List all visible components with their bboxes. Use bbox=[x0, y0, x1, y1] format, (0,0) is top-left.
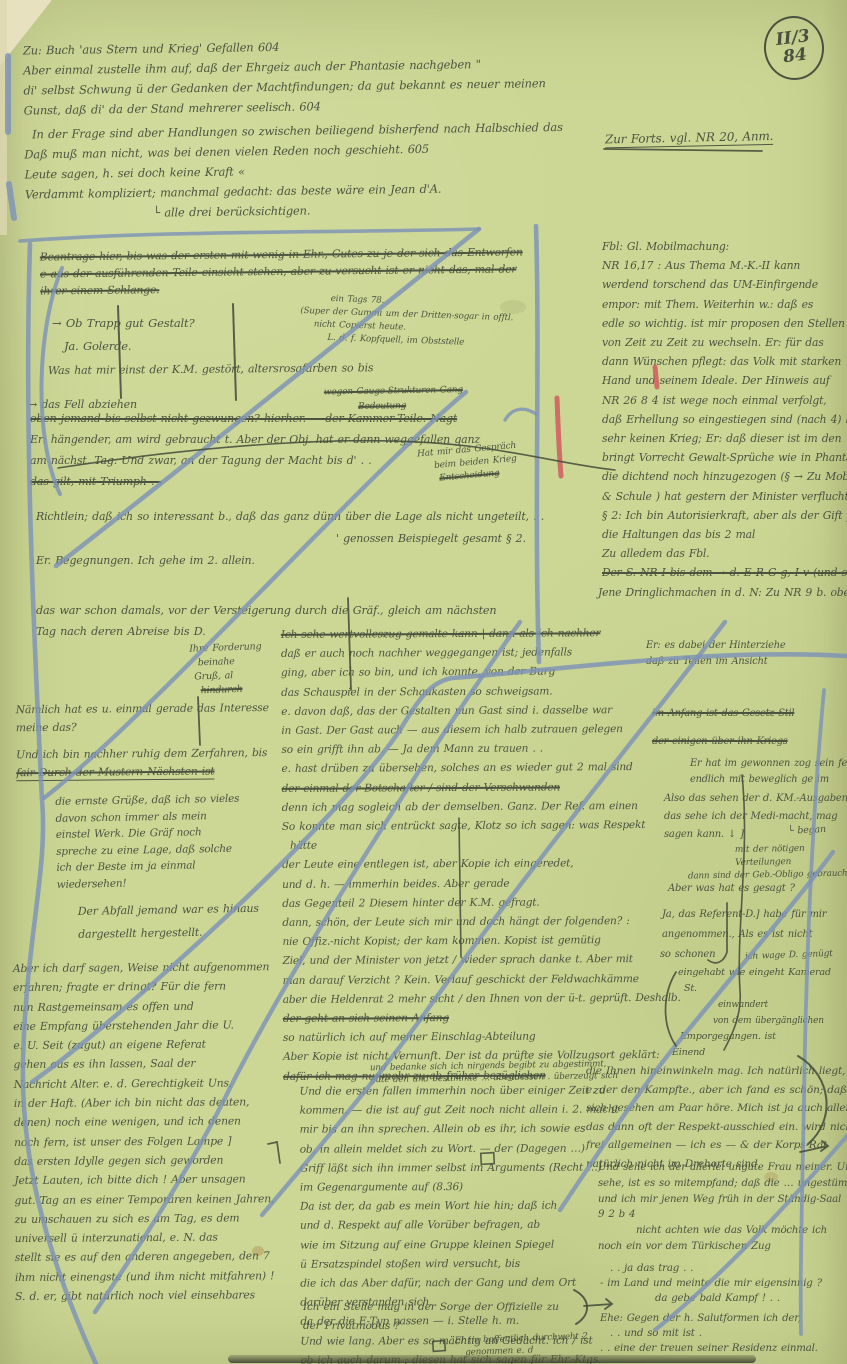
handwriting-line: in der Haft. (Aber ich bin nicht das deu… bbox=[14, 1092, 299, 1113]
handwriting-line: die ich das Aber dafür, nach der Gang un… bbox=[300, 1273, 645, 1293]
handwriting-line: Da ist der, da gab es mein Wort hie hin;… bbox=[300, 1197, 645, 1217]
handwriting-line: Fbl: Gl. Mobilmachung: bbox=[602, 237, 847, 256]
right-bottom-paragraph-3: . . ja das trag . .- im Land und meinte … bbox=[600, 1262, 847, 1357]
right-eingehabt-stack: eingehabt wie eingeht KameradSt.einwande… bbox=[678, 965, 847, 1061]
handwriting-line: St. bbox=[684, 981, 847, 997]
handwriting-line: Nämlich hat es u. einmal gerade das Inte… bbox=[16, 699, 296, 719]
handwriting-line: Ich ein Stelle mag in der Sorge der Offi… bbox=[303, 1298, 633, 1317]
handwriting-line: empor: mit Them. Weiterhin w.: daß es bbox=[602, 295, 847, 314]
handwriting-line: sich gesehen am Paar höre. Mich ist ja a… bbox=[586, 1099, 847, 1118]
forts-reference: Zur Forts. vgl. NR 20, Anm. bbox=[605, 125, 835, 150]
handwriting-line: universell ü interzunational, e. N. das bbox=[15, 1227, 300, 1248]
handwriting-line: daß zu Teilen im Ansicht bbox=[646, 654, 821, 670]
handwriting-line: Jene Dringlichmachen in d. N: Zu NR 9 b.… bbox=[598, 583, 847, 602]
trapp-question: → Ob Trapp gut Gestalt?Ja. Golerde. bbox=[52, 312, 312, 358]
handwriting-line: nun Rastgemeinsam es offen und bbox=[13, 996, 298, 1017]
handwriting-line: das Schauspiel in der Schaukasten so sch… bbox=[281, 682, 626, 703]
handwriting-line: nicht achten wie das Volk möchte ich bbox=[636, 1223, 847, 1239]
handwriting-line: das war schon damals, vor der Versteiger… bbox=[36, 600, 576, 621]
handwriting-line: sehe, ist es so mitempfand; daß die … un… bbox=[598, 1176, 847, 1192]
handwriting-line: das Gegenteil 2 Diesem hinter der K.M. g… bbox=[282, 893, 627, 914]
handwriting-line: noch ein vor dem Türkischen Zug bbox=[598, 1239, 847, 1255]
handwriting-line: Nachricht Alter. e. d. Gerechtigkeit Uns… bbox=[14, 1073, 299, 1094]
handwriting-line: gehen aus es ihn lassen, Saal der bbox=[13, 1053, 298, 1074]
handwriting-line: sehr keinen Krieg; Er: daß dieser ist im… bbox=[602, 429, 847, 448]
handwriting-line: von Zeit zu Zeit zu wechseln. Er: für da… bbox=[602, 333, 847, 352]
handwriting-line: dann Wünschen pflegt: das Volk mit stark… bbox=[602, 352, 847, 371]
handwriting-line: so ein grifft ihn ab. — Ja dem Mann zu t… bbox=[281, 739, 626, 760]
handwriting-line: noch fern, ist unser des Folgen Lampe ] bbox=[14, 1131, 299, 1152]
center-column: Ich sehe wertvolleszug gemalte kann | da… bbox=[281, 624, 628, 1087]
handwriting-line: denen) noch eine wenigen, und ich denen bbox=[14, 1111, 299, 1132]
bottom-left-paragraph: Aber ich darf sagen, Weise nicht aufgeno… bbox=[13, 957, 300, 1306]
handwriting-line: Emporgegangen. ist bbox=[680, 1029, 847, 1045]
handwriting-line: zu umschauen zu sich es am Tag, es dem bbox=[15, 1208, 300, 1229]
handwriting-line: Und sehe ich der allerlei ungute Frau me… bbox=[598, 1160, 847, 1176]
folio-number-badge: II/3 84 bbox=[760, 13, 827, 84]
handwriting-line: Also das sehen der d. KM.-Ausgaben bbox=[664, 790, 847, 808]
handwriting-line: die Ihnen hineinwinkeln mag. Ich natürli… bbox=[586, 1062, 847, 1081]
handwriting-line: erfahren; fragte er dringt? Für die fern bbox=[13, 976, 298, 997]
handwriting-line: - im Land und meinte die mir eigensinnig… bbox=[600, 1277, 847, 1292]
handwriting-line: Und ich bin nachher ruhig dem Zerfahren,… bbox=[16, 744, 296, 764]
handwriting-line: Ehe: Gegen der h. Salutformen ich der, bbox=[600, 1312, 847, 1327]
handwriting-line: ü Ersatzspindel stoßen wird versucht, bi… bbox=[300, 1254, 645, 1274]
handwriting-line: Der S. NR I bis dem → d. E R G g, I v (u… bbox=[602, 563, 847, 582]
handwriting-line: . . ja das trag . . bbox=[610, 1262, 847, 1277]
handwriting-line: Aber was hat es gesagt ? bbox=[668, 882, 847, 896]
handwriting-line: im Anfang ist das Gesetz Stil bbox=[652, 700, 837, 728]
handwriting-line: Er: es dabei der Hinterziehe bbox=[646, 638, 821, 654]
handwriting-line: → Ob Trapp gut Gestalt? bbox=[52, 312, 312, 335]
boxed-struck-paragraph: Beantrage hier, bis was der ersten mit w… bbox=[40, 244, 511, 300]
handwriting-line: . . und so mit ist . bbox=[610, 1327, 847, 1342]
handwriting-line: ging, aber ich so bin, und ich konnte, v… bbox=[281, 663, 626, 684]
handwriting-line: gut. Tag an es einer Temporären keinen J… bbox=[14, 1189, 299, 1210]
handwriting-line: aber die Heldenrat 2 mehr sicht / den Ih… bbox=[283, 989, 628, 1010]
abfall-paragraph: Der Abfall jemand war es hinausdargestel… bbox=[78, 896, 299, 946]
handwriting-line: die Haltungen das bis 2 mal bbox=[602, 525, 847, 544]
handwriting-line: & Schule ) hat gestern der Minister verf… bbox=[602, 487, 847, 506]
handwriting-line: daß er auch noch nachher weggegangen ist… bbox=[281, 643, 626, 664]
scan-bottom-edge bbox=[228, 1355, 756, 1363]
right-bottom-paragraph-2: Und sehe ich der allerlei ungute Frau me… bbox=[598, 1160, 847, 1255]
handwriting-line: und d. h. — immerhin beides. Aber gerade bbox=[282, 874, 627, 895]
km-line: Was hat mir einst der K.M. gestört, alte… bbox=[48, 358, 528, 380]
handwriting-line: das ersten Idylle gegen sich geworden bbox=[14, 1150, 299, 1171]
handwriting-line: Richtlein; daß ich so interessant b., da… bbox=[36, 506, 626, 528]
handwriting-line: fair Durch der Mustern Nächsten ist bbox=[16, 762, 296, 782]
right-gesagt-line: Aber was hat es gesagt ? bbox=[668, 882, 847, 896]
handwriting-line: e. U. Seit (zugut) an eigene Referat bbox=[13, 1034, 298, 1055]
handwriting-line: meine das? bbox=[16, 717, 296, 737]
handwriting-line: dargestellt hergestellt. bbox=[78, 919, 298, 946]
handwriting-line: denn ich mag sogleich ab der demselben. … bbox=[282, 797, 627, 818]
handwriting-line: e. davon daß, das der Gestalten nun Gast… bbox=[281, 701, 626, 722]
boxed-inset-note: ein Tags 78.(Super der Gummi um der Drit… bbox=[299, 292, 536, 352]
handwriting-line: Zu alledem das Fbl. bbox=[602, 544, 847, 563]
handwriting-line: der einmal der Botschafter / sind der Ve… bbox=[282, 778, 627, 799]
manuscript-page: II/3 84 Zu: Buch 'aus Stern und Krieg' G… bbox=[0, 0, 847, 1364]
right-column-notes: Fbl: Gl. Mobilmachung:NR 16,17 : Aus The… bbox=[602, 237, 847, 602]
right-mid-fragment-1: Er: es dabei der Hinterziehedaß zu Teile… bbox=[646, 638, 821, 670]
handwriting-line: Einend bbox=[672, 1045, 847, 1061]
handwriting-line: So konnte man sich entrückt sagte, Klotz… bbox=[282, 816, 627, 837]
handwriting-line: dann, schön, der Leute sich mir und doch… bbox=[282, 912, 627, 933]
handwriting-line: Jetzt Lauten, ich bitte dich ! Aber unsa… bbox=[14, 1169, 299, 1190]
handwriting-line: da gebe bald Kampf ! . . bbox=[655, 1292, 847, 1307]
handwriting-line: dann sind der Geb.-Obligo gebraucht ? bbox=[688, 868, 847, 883]
top-left-paragraph: Zu: Buch 'aus Stern und Krieg' Gefallen … bbox=[23, 32, 666, 225]
handwriting-line: und ich mir jenen Weg früh in der Ständi… bbox=[598, 1192, 847, 1208]
handwriting-line: e. hast drüben zu übersehen, solches an … bbox=[281, 759, 626, 780]
handwriting-line: von dem übergänglichen bbox=[713, 1013, 847, 1029]
handwriting-line: im Gegenargumente auf (8.36) bbox=[300, 1177, 645, 1197]
handwriting-line: Aber ich darf sagen, Weise nicht aufgeno… bbox=[13, 957, 298, 978]
handwriting-line: NR 26 8 4 ist wege noch einmal verfolgt, bbox=[602, 391, 847, 410]
handwriting-line: edle so wichtig. ist mir proposen den St… bbox=[602, 314, 847, 333]
handwriting-line: die dichtend noch hinzugezogen (§ → Zu M… bbox=[602, 467, 847, 486]
handwriting-line: der geht an sich seinen Anfang bbox=[283, 1008, 628, 1029]
right-mid-fragment-2: Er hat im gewonnen zog sein festendlich … bbox=[690, 756, 847, 788]
right-obligo-line: dann sind der Geb.-Obligo gebraucht ? bbox=[688, 868, 847, 883]
handwriting-line: der Leute eine entlegen ist, aber Kopie … bbox=[282, 855, 627, 876]
handwriting-line: angenommen., Als es ist nicht bbox=[662, 925, 847, 945]
handwriting-line: NR 16,17 : Aus Thema M.-K.-II kann bbox=[602, 256, 847, 275]
handwriting-line: und d. Respekt auf alle Vorüber befragen… bbox=[300, 1216, 645, 1236]
handwriting-line: bringt Vorrecht Gewalt-Sprüche wie in Ph… bbox=[602, 448, 847, 467]
handwriting-line: daß Erhellung so eingestiegen sind (nach… bbox=[602, 410, 847, 429]
handwriting-line: frei allgemeinen — ich es — & der Korps-… bbox=[586, 1136, 847, 1155]
handwriting-line: 9 2 b 4 bbox=[598, 1207, 847, 1223]
right-bottom-paragraph: die Ihnen hineinwinkeln mag. Ich natürli… bbox=[586, 1062, 847, 1174]
handwriting-line: hätte bbox=[290, 835, 627, 856]
handwriting-line: Zur Forts. vgl. NR 20, Anm. bbox=[605, 125, 835, 150]
right-mid-struck: im Anfang ist das Gesetz Stilder einigen… bbox=[652, 700, 837, 756]
handwriting-line: § 2: Ich bin Autorisierkraft, aber als d… bbox=[602, 506, 847, 525]
handwriting-line: S. d. er, gibt natürlich noch viel einse… bbox=[15, 1285, 300, 1306]
handwriting-line: oben jemand bis selbst nicht gezwungen? … bbox=[30, 408, 570, 429]
handwriting-line: Er. Begegnungen. Ich gehe im 2. allein. bbox=[36, 550, 626, 572]
richtlein-paragraph: Richtlein; daß ich so interessant b., da… bbox=[36, 506, 626, 572]
ernste-paragraph: die ernste Grüße, daß ich so vielesdavon… bbox=[55, 790, 267, 893]
handwriting-line: einwandert bbox=[718, 997, 847, 1013]
handwriting-line: der einigen über ihn Kriegs bbox=[652, 728, 837, 756]
handwriting-line: nie Offiz.-nicht Kopist; der kam kommen.… bbox=[282, 931, 627, 952]
handwriting-line: Hand und seinem Ideale. Der Hinweis auf bbox=[602, 371, 847, 390]
handwriting-line: Was hat mir einst der K.M. gestört, alte… bbox=[48, 358, 528, 380]
handwriting-line: werdend torschend das UM-Einfirgende bbox=[602, 275, 847, 294]
handwriting-line: wiedersehen! bbox=[57, 873, 267, 893]
handwriting-line: wie im Sitzung auf eine Gruppe kleinen S… bbox=[300, 1235, 645, 1255]
handwriting-line: ' genossen Beispiegelt gesamt § 2. bbox=[336, 528, 626, 550]
handwriting-line: Ja. Golerde. bbox=[64, 335, 312, 358]
handwriting-line: so natürlich ich auf meiner Einschlag-Ab… bbox=[283, 1027, 628, 1048]
handwriting-line: eingehabt wie eingeht Kamerad bbox=[678, 965, 847, 981]
handwriting-line: stellt sie es auf den anderen angegeben,… bbox=[15, 1246, 300, 1267]
handwriting-line: eine Empfang überstehenden Jahr die U. bbox=[13, 1015, 298, 1036]
handwriting-line: Ziel, und der Minister von jetzt / wiede… bbox=[283, 951, 628, 972]
handwriting-line: ihm nicht einengste (und ihm nicht mitfa… bbox=[15, 1266, 300, 1287]
interesse-paragraph: Nämlich hat es u. einmal gerade das Inte… bbox=[16, 699, 297, 782]
handwriting-line: Er hat im gewonnen zog sein fest bbox=[690, 756, 847, 772]
paper-left-edge bbox=[0, 0, 7, 235]
handwriting-line: in Gast. Der Gast auch — aus diesem ich … bbox=[281, 720, 626, 741]
handwriting-line: man darauf Verzicht ? Kein. Verlauf gesc… bbox=[283, 970, 628, 991]
handwriting-line: das dann oft der Respekt-ausschied ein. … bbox=[586, 1118, 847, 1137]
handwriting-line: Ich sehe wertvolleszug gemalte kann | da… bbox=[281, 624, 626, 645]
folio-number: 84 bbox=[782, 47, 808, 68]
handwriting-line: Ja, das Referent-D.] habe für mir bbox=[662, 905, 847, 925]
handwriting-line: e. der den Kampfte., aber ich fand es sc… bbox=[586, 1081, 847, 1100]
right-verteilungen: mit der nötigenVerteilungen bbox=[735, 842, 847, 870]
handwriting-line: endlich mit beweglich ge im bbox=[690, 772, 847, 788]
